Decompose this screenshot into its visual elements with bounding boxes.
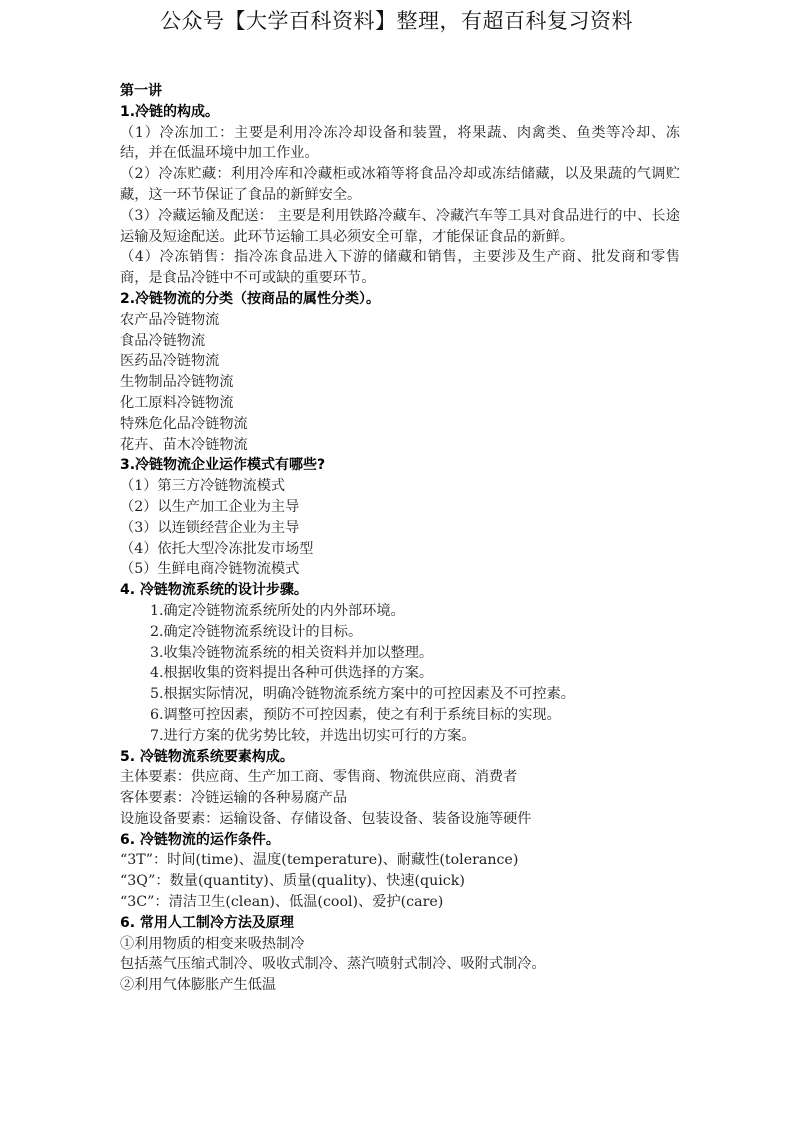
list-item: （5）生鲜电商冷链物流模式 [120, 559, 680, 580]
list-item: 6.调整可控因素，预防不可控因素，使之有利于系统目标的实现。 [120, 705, 680, 726]
document-body: 第一讲 1.冷链的构成。 （1）冷冻加工：主要是利用冷冻冷却设备和装置，将果蔬、… [120, 81, 680, 996]
section-heading: 2.冷链物流的分类（按商品的属性分类）。 [120, 289, 680, 310]
list-item: 医药品冷链物流 [120, 351, 680, 372]
section-heading: 3.冷链物流企业运作模式有哪些? [120, 455, 680, 476]
list-item: 3.收集冷链物流系统的相关资料并加以整理。 [120, 643, 680, 664]
list-item: “3T”：时间(time)、温度(temperature)、耐藏性(tolera… [120, 850, 680, 871]
list-item: 生物制品冷链物流 [120, 372, 680, 393]
list-item: 包括蒸气压缩式制冷、吸收式制冷、蒸汽喷射式制冷、吸附式制冷。 [120, 954, 680, 975]
list-item: “3Q”：数量(quantity)、质量(quality)、快速(quick) [120, 871, 680, 892]
lecture-title: 第一讲 [120, 81, 680, 102]
list-item: （1）第三方冷链物流模式 [120, 476, 680, 497]
list-item: （2）以生产加工企业为主导 [120, 497, 680, 518]
list-item: （4）依托大型冷冻批发市场型 [120, 539, 680, 560]
list-item: 2.确定冷链物流系统设计的目标。 [120, 622, 680, 643]
list-item: “3C”：清洁卫生(clean)、低温(cool)、爱护(care) [120, 892, 680, 913]
paragraph: （4）冷冻销售：指冷冻食品进入下游的储藏和销售，主要涉及生产商、批发商和零售商，… [120, 247, 680, 289]
page-header: 公众号【大学百科资料】整理，有超百科复习资料 [0, 6, 793, 36]
list-item: 花卉、苗木冷链物流 [120, 435, 680, 456]
list-item: ①利用物质的相变来吸热制冷 [120, 934, 680, 955]
paragraph: （3）冷藏运输及配送： 主要是利用铁路冷藏车、冷藏汽车等工具对食品进行的中、长途… [120, 206, 680, 248]
section-heading: 6. 冷链物流的运作条件。 [120, 830, 680, 851]
list-item: 特殊危化品冷链物流 [120, 414, 680, 435]
list-item: （3）以连锁经营企业为主导 [120, 518, 680, 539]
list-item: 食品冷链物流 [120, 331, 680, 352]
list-item: 1.确定冷链物流系统所处的内外部环境。 [120, 601, 680, 622]
list-item: 主体要素：供应商、生产加工商、零售商、物流供应商、消费者 [120, 767, 680, 788]
section-heading: 5. 冷链物流系统要素构成。 [120, 747, 680, 768]
list-item: 农产品冷链物流 [120, 310, 680, 331]
list-item: 4.根据收集的资料提出各种可供选择的方案。 [120, 663, 680, 684]
paragraph: （2）冷冻贮藏：利用冷库和冷藏柜或冰箱等将食品冷却或冻结储藏，以及果蔬的气调贮藏… [120, 164, 680, 206]
list-item: 设施设备要素：运输设备、存储设备、包装设备、装备设施等硬件 [120, 809, 680, 830]
section-heading: 6. 常用人工制冷方法及原理 [120, 913, 680, 934]
list-item: 5.根据实际情况，明确冷链物流系统方案中的可控因素及不可控素。 [120, 684, 680, 705]
section-heading: 1.冷链的构成。 [120, 102, 680, 123]
section-heading: 4. 冷链物流系统的设计步骤。 [120, 580, 680, 601]
list-item: ②利用气体膨胀产生低温 [120, 975, 680, 996]
list-item: 7.进行方案的优劣势比较，并选出切实可行的方案。 [120, 726, 680, 747]
list-item: 客体要素：冷链运输的各种易腐产品 [120, 788, 680, 809]
list-item: 化工原料冷链物流 [120, 393, 680, 414]
paragraph: （1）冷冻加工：主要是利用冷冻冷却设备和装置，将果蔬、肉禽类、鱼类等冷却、冻结，… [120, 123, 680, 165]
